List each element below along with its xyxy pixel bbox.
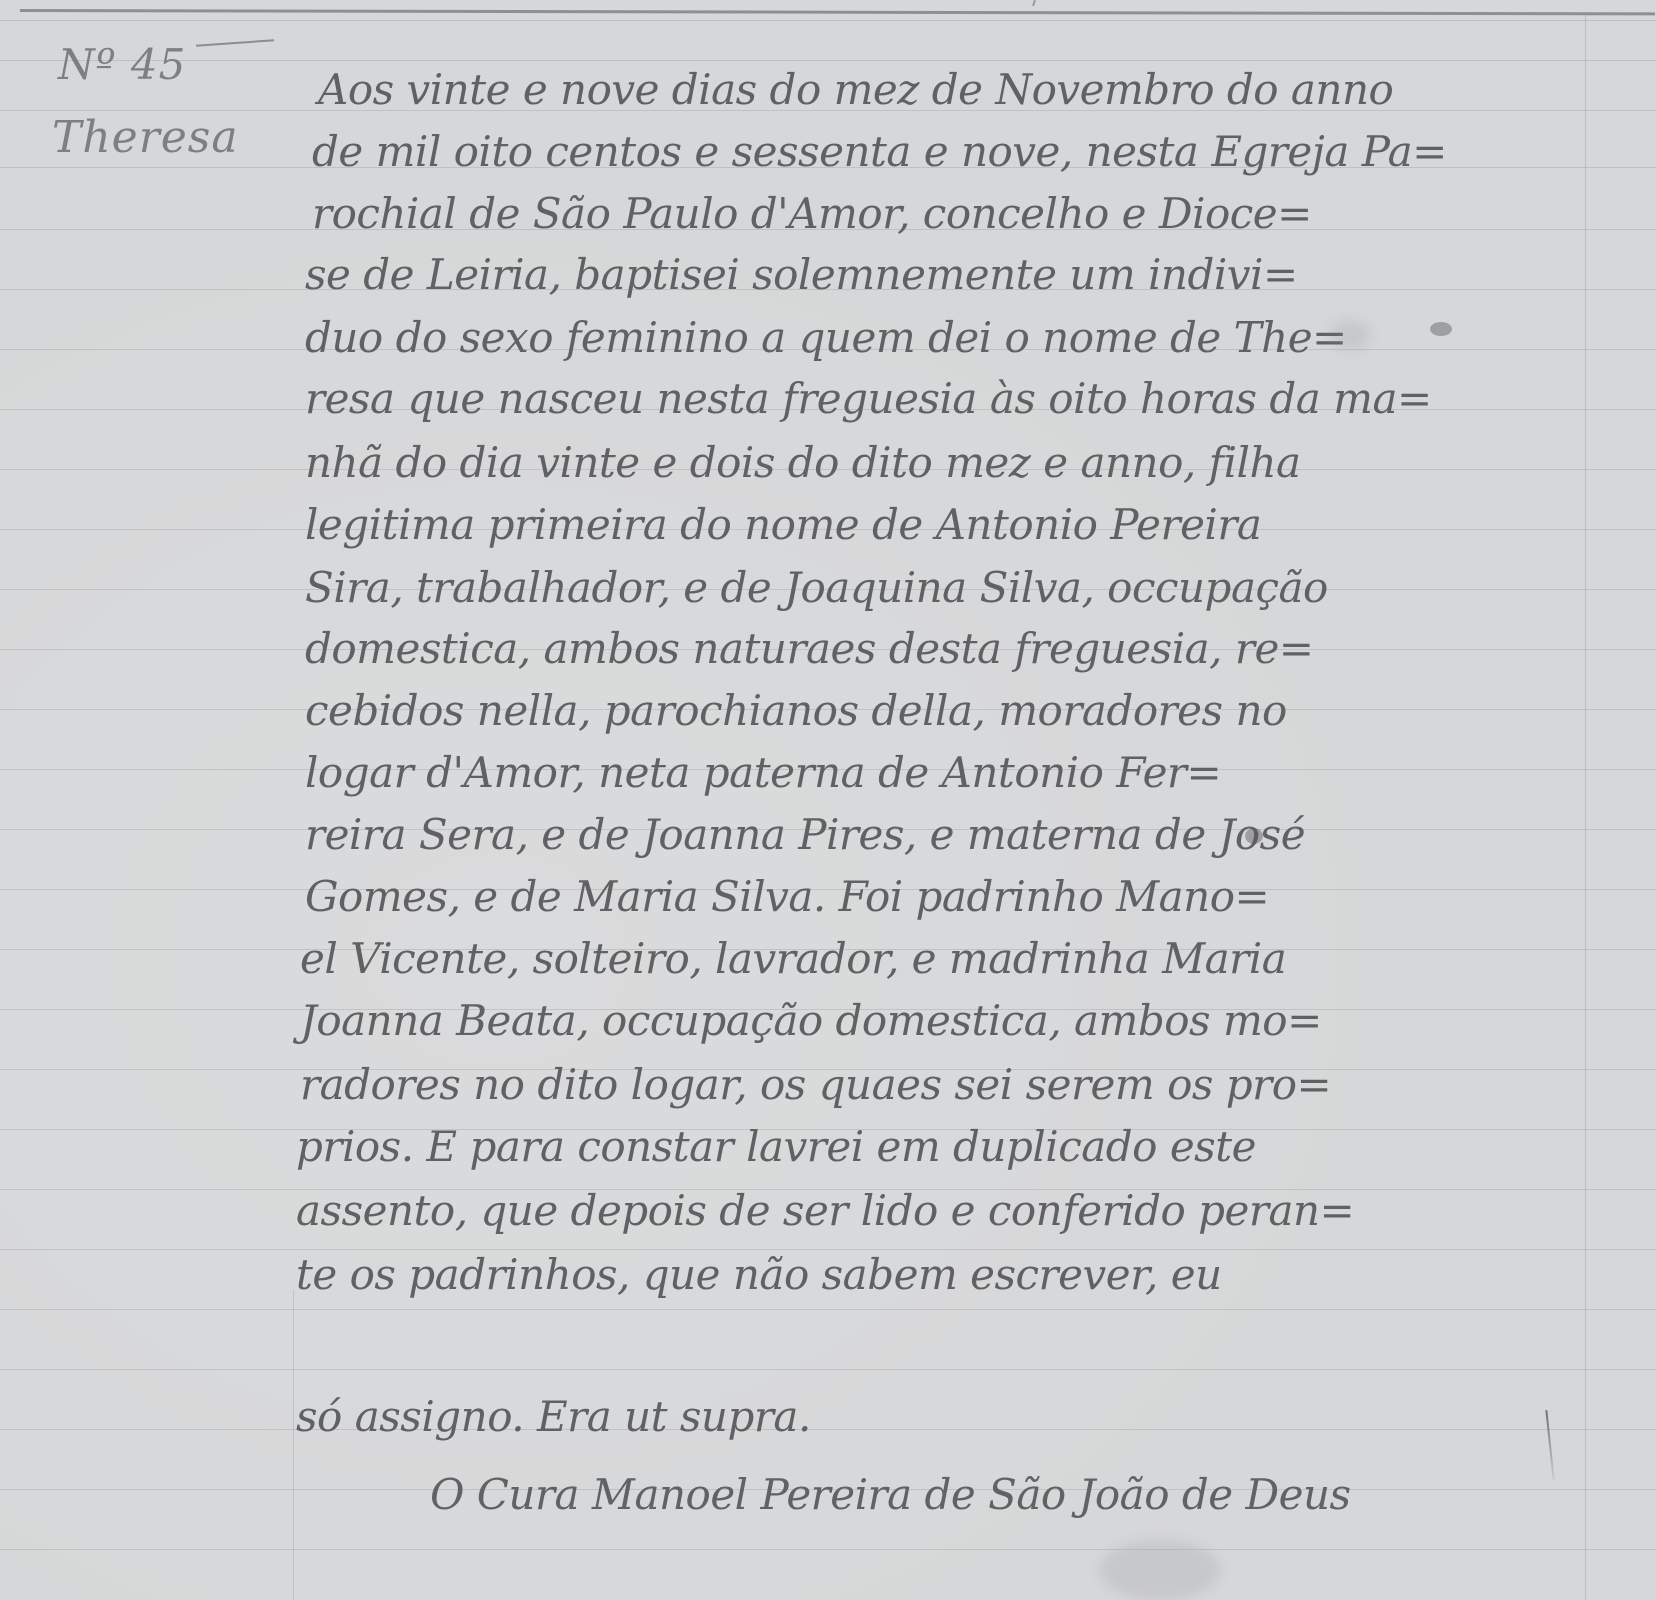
record-line: de mil oito centos e sessenta e nove, ne… xyxy=(312,127,1447,176)
record-line: Gomes, e de Maria Silva. Foi padrinho Ma… xyxy=(305,872,1269,921)
paper-smudge xyxy=(1330,320,1370,350)
ruled-line xyxy=(0,1369,1656,1370)
ink-drip xyxy=(1545,1410,1554,1480)
ink-blot xyxy=(1430,322,1452,336)
record-line: rochial de São Paulo d'Amor, concelho e … xyxy=(312,189,1312,238)
entry-name: Theresa xyxy=(52,112,239,163)
curate-signature: O Cura Manoel Pereira de São João de Deu… xyxy=(430,1470,1351,1519)
record-line: nhã do dia vinte e dois do dito mez e an… xyxy=(305,438,1301,487)
record-line: se de Leiria, baptisei solemnemente um i… xyxy=(305,250,1298,299)
ruled-line xyxy=(0,1429,1656,1430)
record-line: prios. E para constar lavrei em duplicad… xyxy=(296,1122,1256,1171)
top-border-line xyxy=(20,9,1655,15)
ink-blot xyxy=(1245,828,1263,844)
record-line: assento, que depois de ser lido e confer… xyxy=(296,1186,1354,1235)
ruled-line xyxy=(0,1549,1656,1550)
ruled-line xyxy=(0,20,1656,21)
record-line: cebidos nella, parochianos della, morado… xyxy=(305,686,1287,735)
record-line: te os padrinhos, que não sabem escrever,… xyxy=(296,1250,1222,1299)
record-line: só assigno. Era ut supra. xyxy=(296,1392,811,1441)
top-tick-mark xyxy=(1032,0,1036,6)
record-line: Joanna Beata, occupação domestica, ambos… xyxy=(300,996,1322,1045)
left-margin-line xyxy=(293,1290,294,1600)
ruled-line xyxy=(0,60,1656,61)
ruled-line xyxy=(0,1309,1656,1310)
record-line: logar d'Amor, neta paterna de Antonio Fe… xyxy=(305,748,1221,797)
record-line: resa que nasceu nesta freguesia às oito … xyxy=(305,374,1432,423)
record-line: Sira, trabalhador, e de Joaquina Silva, … xyxy=(305,563,1328,612)
record-line: radores no dito logar, os quaes sei sere… xyxy=(300,1060,1331,1109)
record-line: legitima primeira do nome de Antonio Per… xyxy=(305,500,1261,549)
record-line: Aos vinte e nove dias do mez de Novembro… xyxy=(318,65,1393,114)
record-line: domestica, ambos naturaes desta freguesi… xyxy=(305,624,1314,673)
right-margin-line xyxy=(1585,12,1586,1600)
record-line: el Vicente, solteiro, lavrador, e madrin… xyxy=(300,934,1286,983)
record-line: reira Sera, e de Joanna Pires, e materna… xyxy=(305,810,1305,859)
register-page: Nº 45 Theresa Aos vinte e nove dias do m… xyxy=(0,0,1656,1600)
record-line: duo do sexo feminino a quem dei o nome d… xyxy=(305,313,1347,362)
entry-number-dash xyxy=(196,39,274,46)
paper-smudge xyxy=(1100,1540,1220,1600)
entry-number: Nº 45 xyxy=(58,40,186,89)
